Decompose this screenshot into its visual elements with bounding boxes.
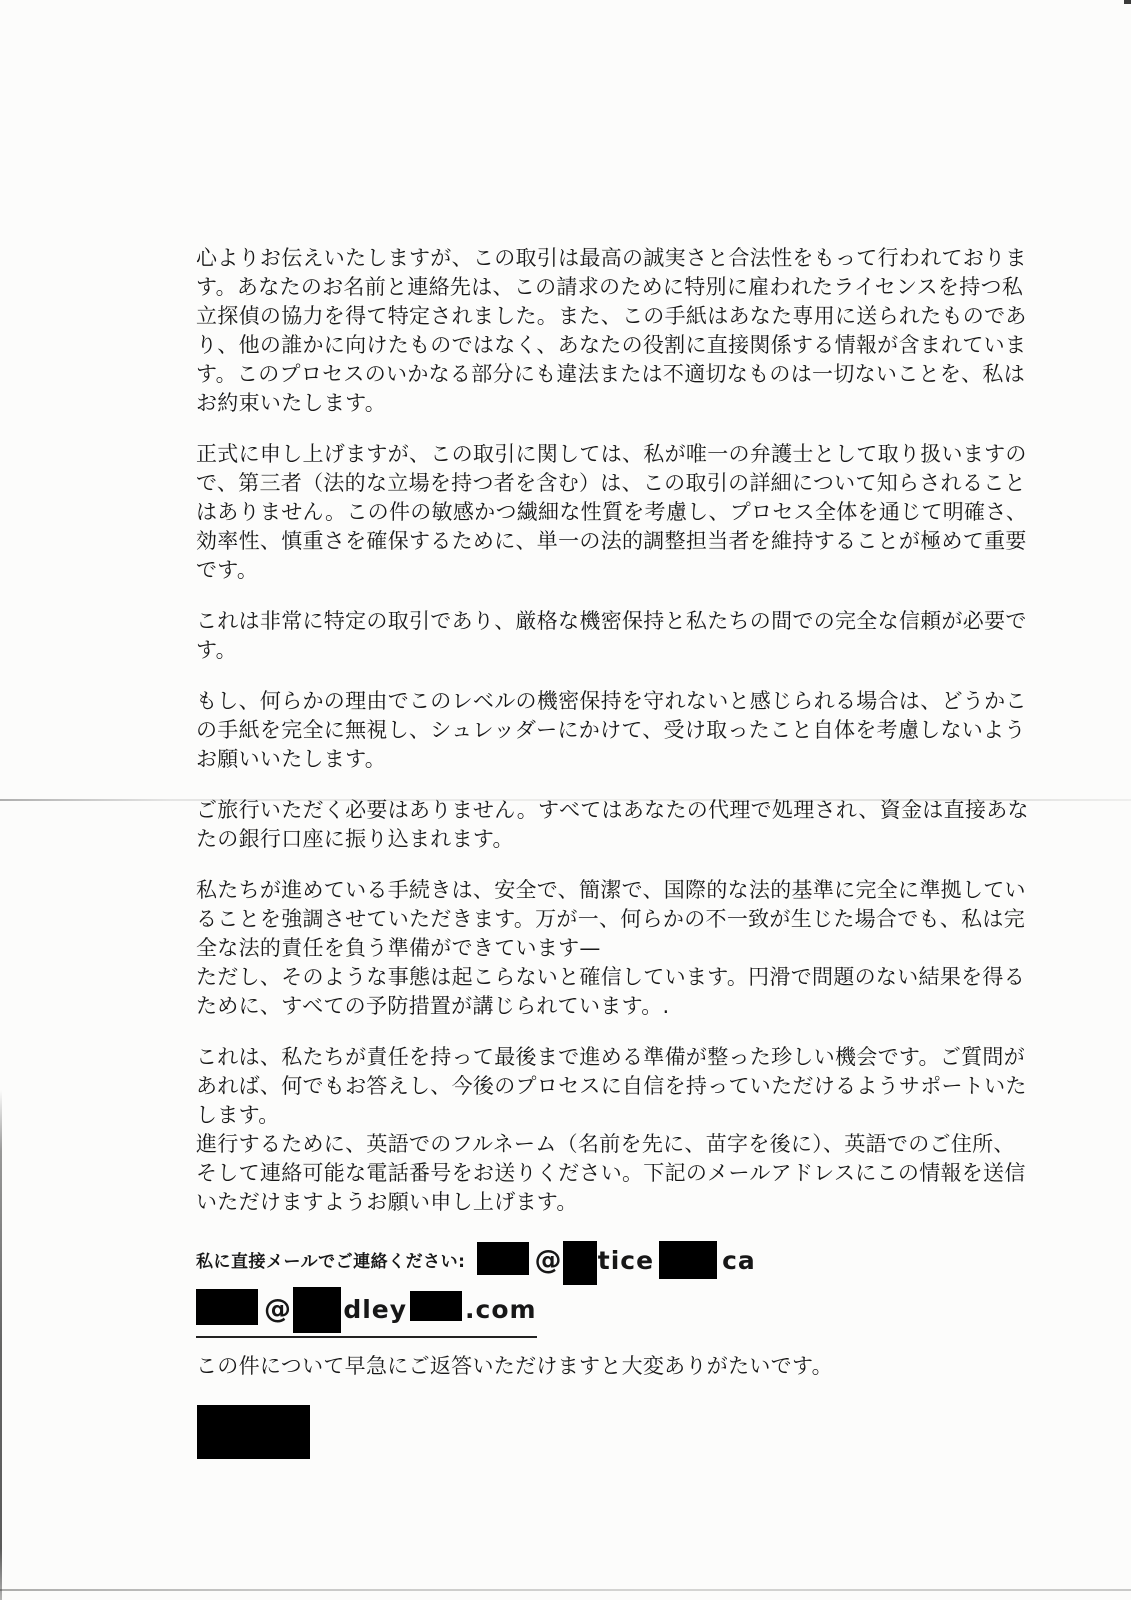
email-fragment: ca xyxy=(722,1246,756,1275)
email-fragment: tice xyxy=(598,1246,654,1275)
paragraph-request-details: これは、私たちが責任を持って最後まで進める準備が整った珍しい機会です。ご質問があ… xyxy=(196,1043,1034,1217)
redaction-box xyxy=(563,1241,597,1285)
paragraph-legal-compliance: 私たちが進めている手続きは、安全で、簡潔で、国際的な法的基準に完全に準拠している… xyxy=(196,876,1034,1021)
scan-corner-speck xyxy=(1124,0,1131,4)
email-fragment: .com xyxy=(465,1295,537,1324)
contact-email-line-1: 私に直接メールでご連絡ください:@ticeca xyxy=(196,1241,1034,1285)
scan-fold-line-bottom xyxy=(0,1589,1131,1591)
redaction-box xyxy=(477,1242,529,1275)
letter-body: 心よりお伝えいたしますが、この取引は最高の誠実さと合法性をもって行われております… xyxy=(196,244,1034,1459)
paragraph-confidentiality: これは非常に特定の取引であり、厳格な機密保持と私たちの間での完全な信頼が必要です… xyxy=(196,607,1034,665)
redaction-box xyxy=(659,1241,717,1279)
email-fragment: dley xyxy=(343,1295,407,1324)
contact-block: 私に直接メールでご連絡ください:@ticeca @dley.com xyxy=(196,1241,1034,1338)
email-underlined-group: @dley.com xyxy=(196,1287,537,1338)
redaction-box xyxy=(410,1291,462,1321)
paragraph-integrity-statement: 心よりお伝えいたしますが、この取引は最高の誠実さと合法性をもって行われております… xyxy=(196,244,1034,418)
closing-line: この件について早急にご返答いただけますと大変ありがたいです。 xyxy=(196,1352,1034,1381)
email-at-symbol: @ xyxy=(534,1245,561,1276)
scanned-letter-page: 心よりお伝えいたしますが、この取引は最高の誠実さと合法性をもって行われております… xyxy=(0,0,1131,1600)
paragraph-no-travel: ご旅行いただく必要はありません。すべてはあなたの代理で処理され、資金は直接あなた… xyxy=(196,796,1034,854)
redaction-box xyxy=(196,1289,258,1325)
redaction-box xyxy=(293,1287,341,1333)
contact-email-line-2: @dley.com xyxy=(196,1287,1034,1338)
scan-edge-artifact xyxy=(0,1090,2,1600)
email-at-symbol: @ xyxy=(264,1294,291,1325)
paragraph-shred-request: もし、何らかの理由でこのレベルの機密保持を守れないと感じられる場合は、どうかこの… xyxy=(196,687,1034,774)
paragraph-sole-attorney: 正式に申し上げますが、この取引に関しては、私が唯一の弁護士として取り扱いますので… xyxy=(196,440,1034,585)
signature-redaction-box xyxy=(197,1405,310,1459)
contact-label: 私に直接メールでご連絡ください: xyxy=(196,1252,465,1272)
